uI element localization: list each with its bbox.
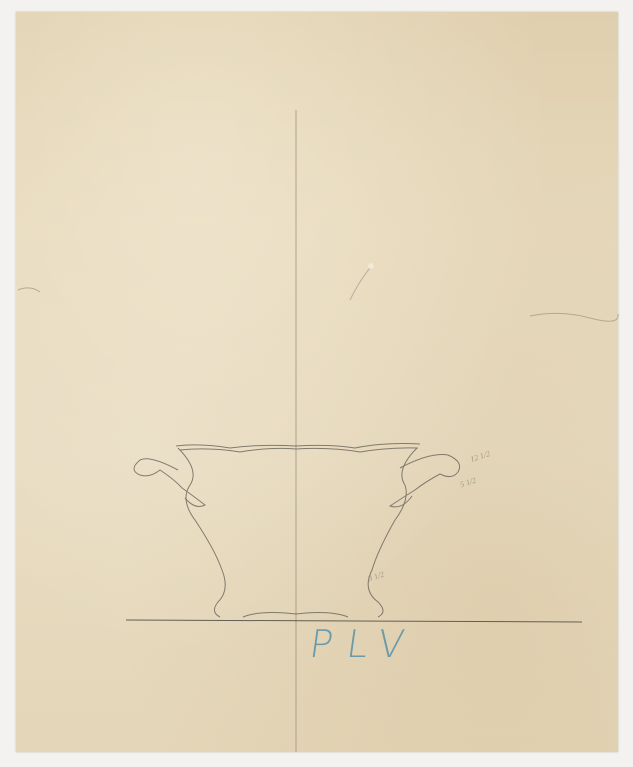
- vessel-outline: [134, 444, 460, 618]
- crayon-initials: PLV: [307, 622, 421, 666]
